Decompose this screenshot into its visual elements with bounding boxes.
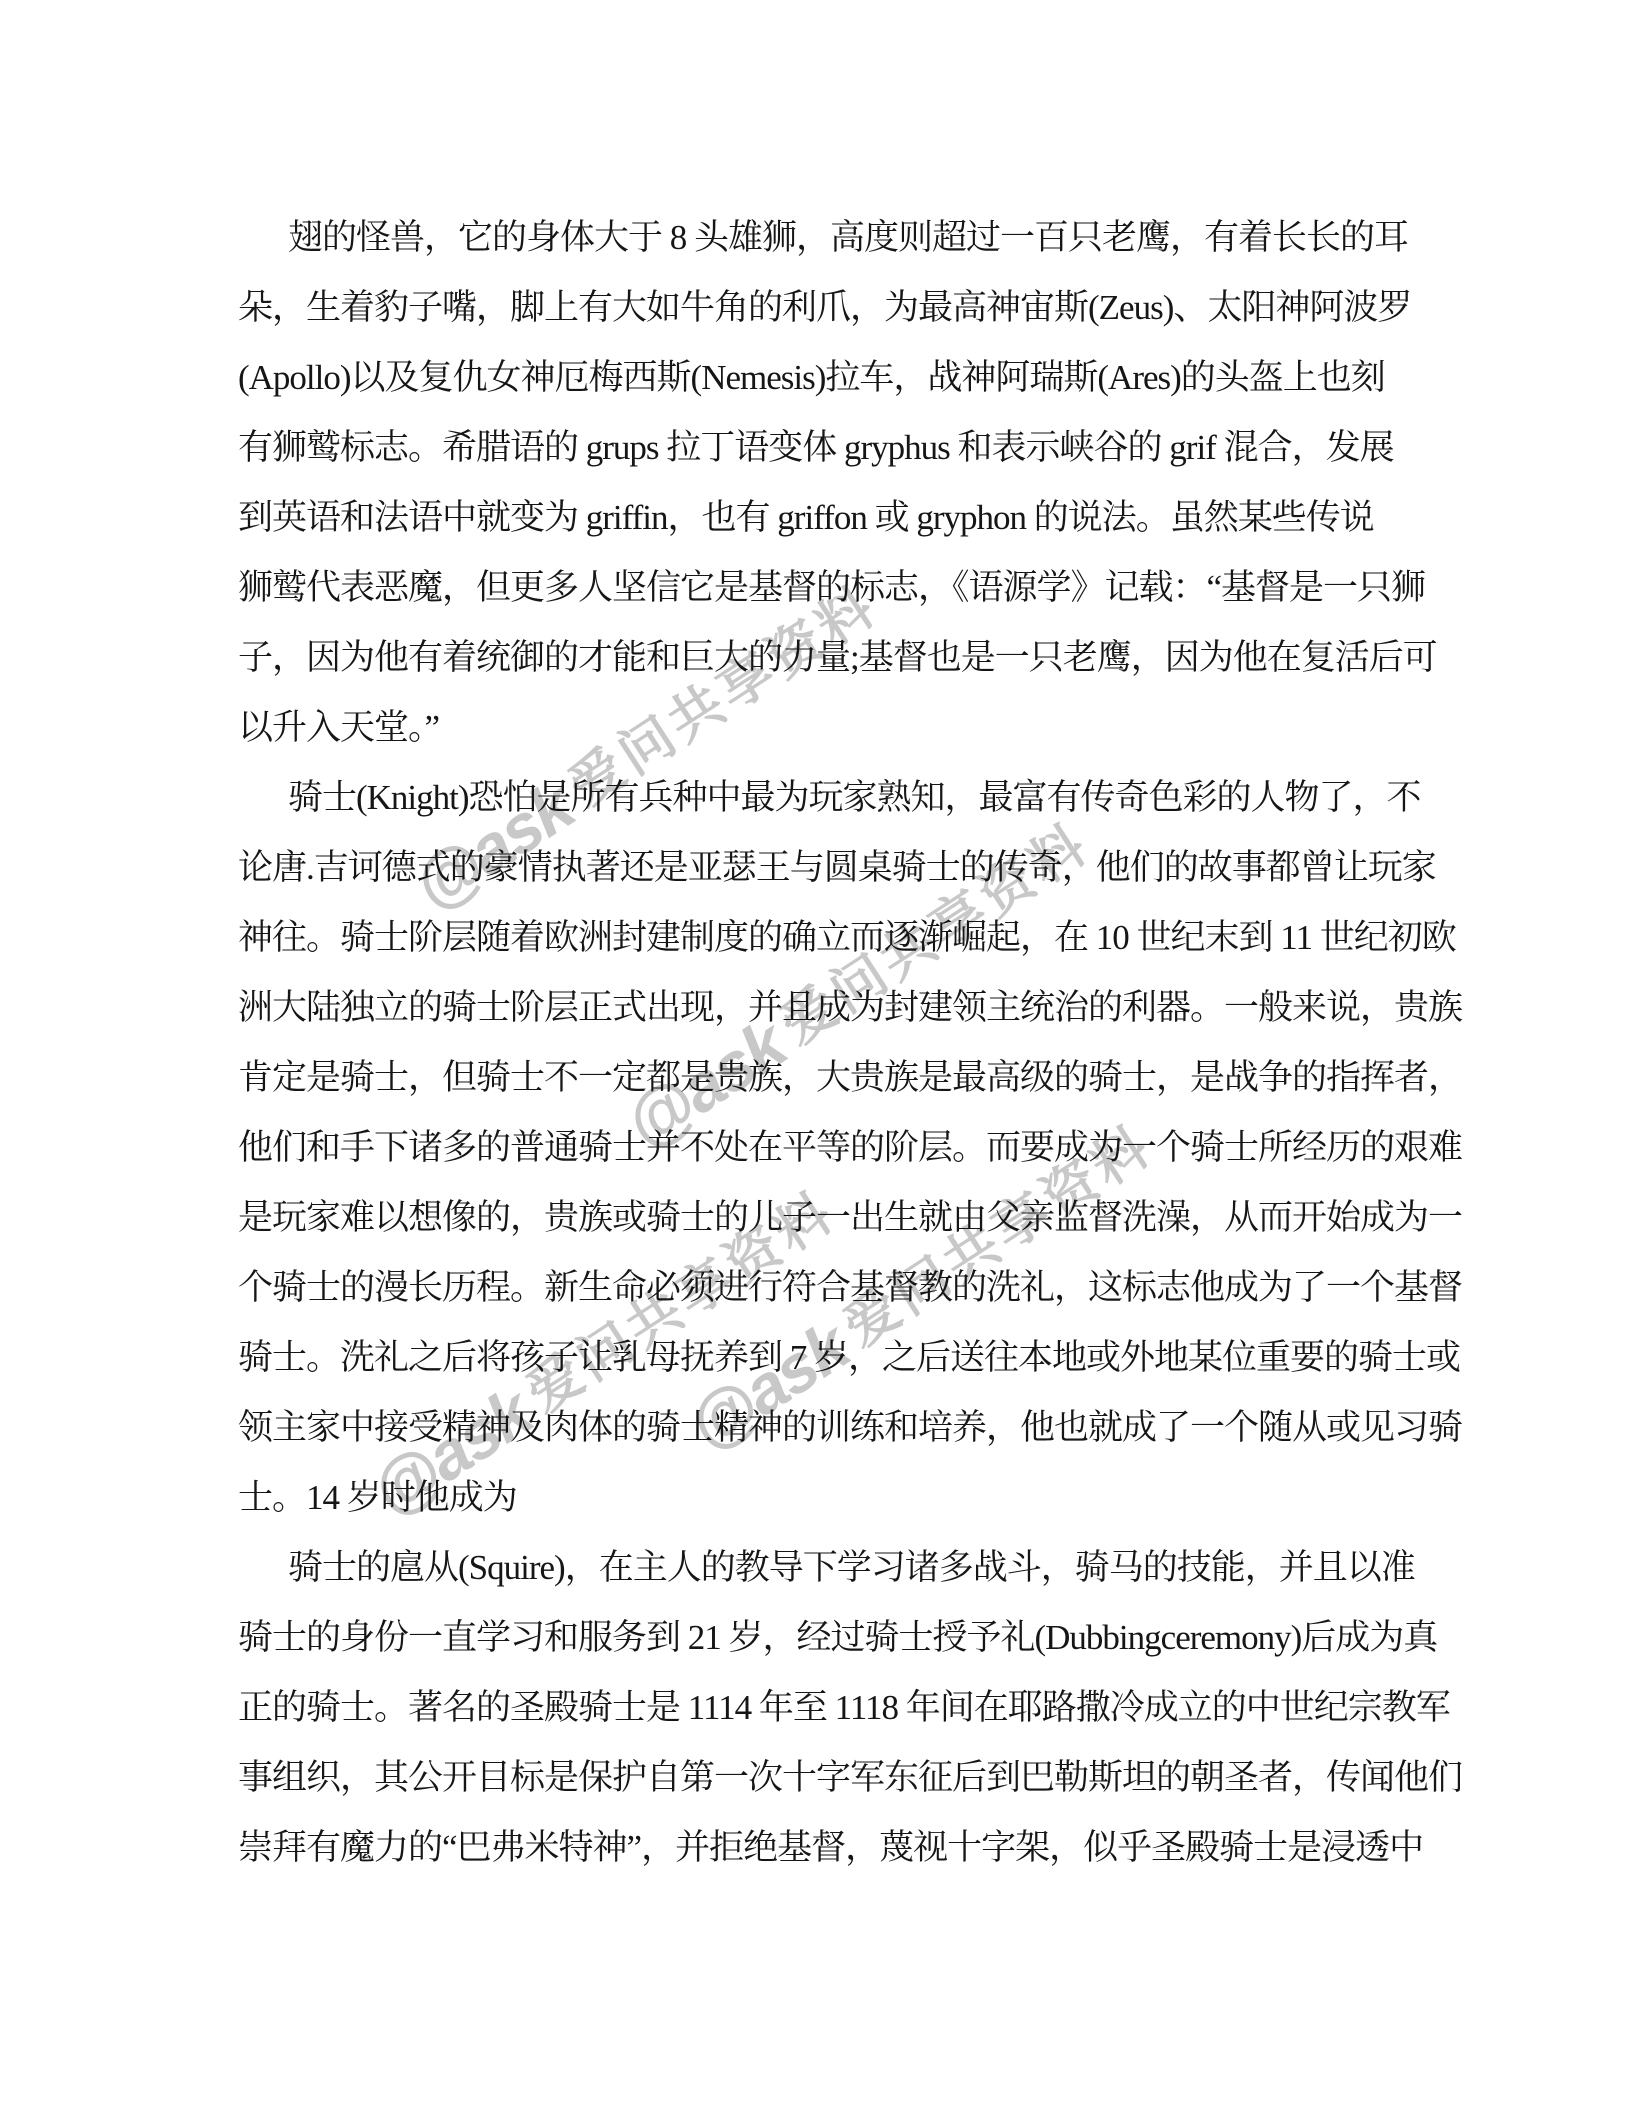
text-line: 事组织，其公开目标是保护自第一次十字军东征后到巴勒斯坦的朝圣者，传闻他们 <box>238 1743 1498 1813</box>
text-line: 肯定是骑士，但骑士不一定都是贵族，大贵族是最高级的骑士，是战争的指挥者， <box>238 1043 1498 1113</box>
text-line: 正的骑士。著名的圣殿骑士是 1114 年至 1118 年间在耶路撒冷成立的中世纪… <box>238 1673 1498 1743</box>
text-line: 朵，生着豹子嘴，脚上有大如牛角的利爪，为最高神宙斯(Zeus)、太阳神阿波罗 <box>238 273 1498 343</box>
text-line: 士。14 岁时他成为 <box>238 1463 1498 1533</box>
document-text: 翅的怪兽，它的身体大于 8 头雄狮，高度则超过一百只老鹰，有着长长的耳朵，生着豹… <box>238 203 1498 1883</box>
text-line: 骑士的身份一直学习和服务到 21 岁，经过骑士授予礼(Dubbingceremo… <box>238 1603 1498 1673</box>
text-line: 神往。骑士阶层随着欧洲封建制度的确立而逐渐崛起，在 10 世纪末到 11 世纪初… <box>238 903 1498 973</box>
text-line: 崇拜有魔力的“巴弗米特神”，并拒绝基督，蔑视十字架，似乎圣殿骑士是浸透中 <box>238 1813 1498 1883</box>
text-line: 骑士(Knight)恐怕是所有兵种中最为玩家熟知，最富有传奇色彩的人物了，不 <box>238 763 1498 833</box>
text-line: 论唐.吉诃德式的豪情执著还是亚瑟王与圆桌骑士的传奇，他们的故事都曾让玩家 <box>238 833 1498 903</box>
text-line: 到英语和法语中就变为 griffin，也有 griffon 或 gryphon … <box>238 483 1498 553</box>
text-line: 是玩家难以想像的，贵族或骑士的儿子一出生就由父亲监督洗澡，从而开始成为一 <box>238 1183 1498 1253</box>
text-line: 领主家中接受精神及肉体的骑士精神的训练和培养，他也就成了一个随从或见习骑 <box>238 1393 1498 1463</box>
text-line: (Apollo)以及复仇女神厄梅西斯(Nemesis)拉车，战神阿瑞斯(Ares… <box>238 343 1498 413</box>
text-line: 翅的怪兽，它的身体大于 8 头雄狮，高度则超过一百只老鹰，有着长长的耳 <box>238 203 1498 273</box>
text-line: 洲大陆独立的骑士阶层正式出现，并且成为封建领主统治的利器。一般来说，贵族 <box>238 973 1498 1043</box>
text-line: 子，因为他有着统御的才能和巨大的力量;基督也是一只老鹰，因为他在复活后可 <box>238 623 1498 693</box>
text-line: 有狮鹫标志。希腊语的 grups 拉丁语变体 gryphus 和表示峡谷的 gr… <box>238 413 1498 483</box>
text-line: 狮鹫代表恶魔，但更多人坚信它是基督的标志，《语源学》记载：“基督是一只狮 <box>238 553 1498 623</box>
text-line: 他们和手下诸多的普通骑士并不处在平等的阶层。而要成为一个骑士所经历的艰难 <box>238 1113 1498 1183</box>
text-line: 骑士的扈从(Squire)，在主人的教导下学习诸多战斗，骑马的技能，并且以准 <box>238 1533 1498 1603</box>
document-page: @ask爱问共享资料@ask爱问共享资料@ask爱问共享资料@ask爱问共享资料… <box>0 0 1632 2112</box>
text-line: 骑士。洗礼之后将孩子让乳母抚养到 7 岁，之后送往本地或外地某位重要的骑士或 <box>238 1323 1498 1393</box>
text-line: 个骑士的漫长历程。新生命必须进行符合基督教的洗礼，这标志他成为了一个基督 <box>238 1253 1498 1323</box>
text-line: 以升入天堂。” <box>238 693 1498 763</box>
